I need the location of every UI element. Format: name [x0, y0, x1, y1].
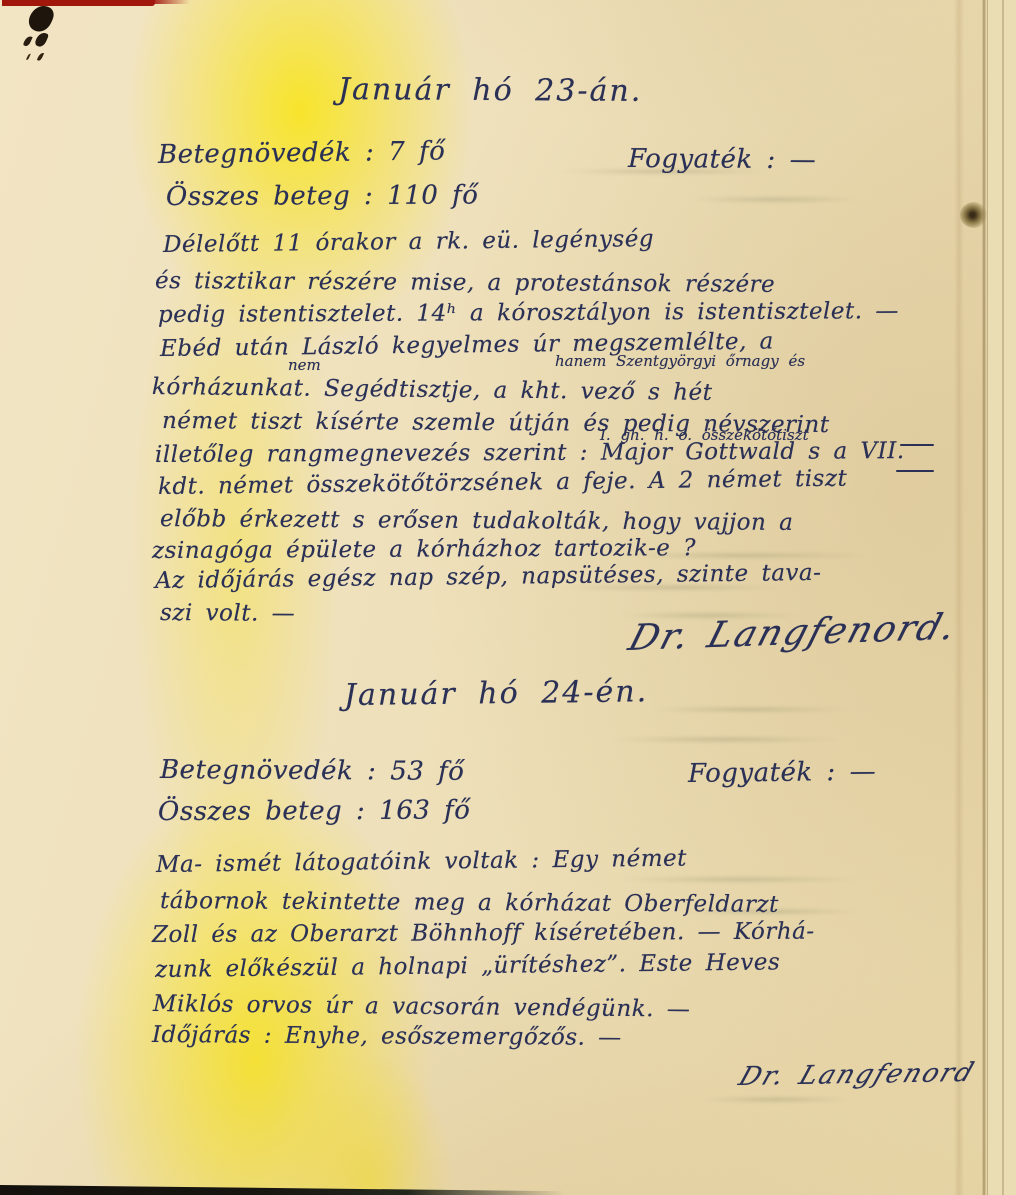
patient-loss: Fogyaték :— — [628, 144, 816, 175]
bleed-through-mark — [690, 196, 860, 203]
patient-increase-value: 7 fő — [388, 136, 445, 167]
binding-hole — [960, 202, 988, 228]
journal-line: zsinagóga épülete a kórházhoz tartozik-e… — [152, 535, 696, 564]
bleed-through-mark — [650, 706, 850, 713]
bleed-through-mark — [700, 1096, 850, 1103]
patient-increase-label: Betegnövedék : — [160, 755, 376, 786]
journal-line: és tisztikar részére mise, a protestánso… — [155, 268, 775, 298]
patient-total-label: Összes beteg : — [158, 796, 365, 827]
bleed-through-mark — [610, 736, 840, 743]
overline-mark — [900, 444, 934, 446]
patient-loss-label: Fogyaték : — [628, 144, 776, 175]
page-crease-soft — [954, 0, 964, 1195]
journal-line: Időjárás : Enyhe, esőszemergőzős. — — [152, 1022, 622, 1051]
signature: Dr. Langfenord — [735, 1058, 979, 1092]
journal-line: Zoll és az Oberarzt Böhnhoff kíséretében… — [152, 919, 815, 948]
interline-insertion: I. gh. h. o. összekötőtiszt — [600, 426, 809, 444]
patient-total: Összes beteg :163 fő — [158, 795, 471, 827]
patient-loss-value: — — [790, 145, 817, 175]
patient-total-value: 163 fő — [379, 795, 470, 825]
patient-increase-label: Betegnövedék : — [158, 137, 375, 170]
patient-loss-value: — — [850, 757, 877, 787]
journal-line: előbb érkezett s erősen tudakolták, hogy… — [160, 506, 793, 536]
red-cover-edge-fade — [150, 0, 190, 4]
patient-total: Összes beteg :110 fő — [166, 180, 479, 212]
scanned-journal-page: Január hó 23-án. Betegnövedék :7 fő Fogy… — [0, 0, 1016, 1195]
journal-line: pedig istentisztelet. 14ʰ a kórosztályon… — [158, 298, 899, 328]
page-crease — [982, 0, 986, 1195]
bleed-through-mark — [620, 876, 860, 883]
underline-mark — [896, 470, 934, 472]
date-heading: Január hó 24-én. — [344, 674, 649, 713]
journal-line: tábornok tekintette meg a kórházat Oberf… — [160, 888, 779, 918]
interline-insertion: nem — [288, 356, 321, 374]
red-cover-edge — [2, 0, 155, 6]
patient-increase-value: 53 fő — [390, 756, 464, 786]
patient-increase: Betegnövedék :7 fő — [158, 136, 446, 170]
date-heading: Január hó 23-án. — [338, 72, 643, 109]
patient-increase: Betegnövedék :53 fő — [160, 755, 465, 787]
page-edge-line — [1002, 0, 1004, 1195]
patient-total-label: Összes beteg : — [166, 181, 373, 212]
patient-loss-label: Fogyaték : — [688, 757, 836, 789]
patient-loss: Fogyaték :— — [688, 757, 877, 789]
interline-insertion: hanem Szentgyörgyi őrnagy és — [555, 352, 805, 370]
patient-total-value: 110 fő — [387, 180, 478, 210]
journal-line: szi volt. — — [160, 600, 295, 627]
